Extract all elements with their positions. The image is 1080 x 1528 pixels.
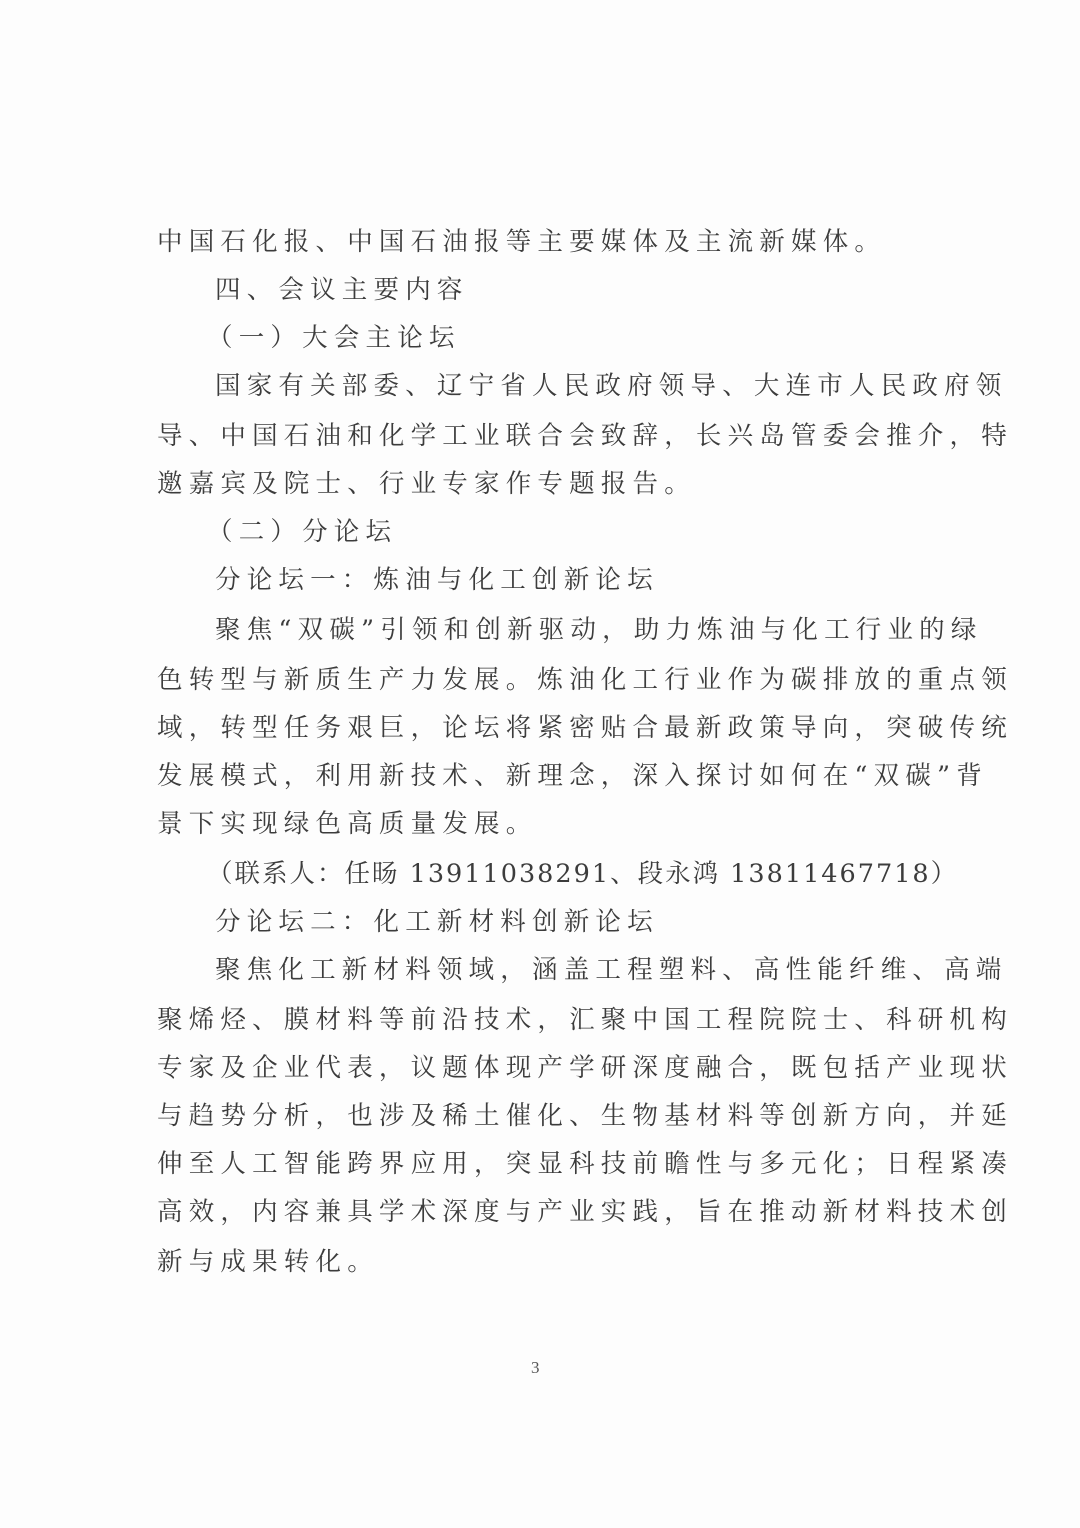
forum-title-refining: 分论坛一：炼油与化工创新论坛 — [215, 556, 985, 604]
body-text-line: 域，转型任务艰巨，论坛将紧密贴合最新政策导向，突破传统 — [157, 704, 927, 752]
body-text-line: 新与成果转化。 — [157, 1238, 927, 1286]
contact-info: （联系人：任旸 13911038291、段永鸿 13811467718） — [207, 850, 977, 898]
page-number: 3 — [531, 1358, 540, 1378]
body-text-line: 邀嘉宾及院士、行业专家作专题报告。 — [157, 460, 927, 508]
body-text-line: 聚焦化工新材料领域，涵盖工程塑料、高性能纤维、高端 — [215, 946, 985, 994]
forum-title-new-materials: 分论坛二：化工新材料创新论坛 — [215, 898, 985, 946]
body-text-line: 专家及企业代表，议题体现产学研深度融合，既包括产业现状 — [157, 1044, 927, 1092]
body-text-line: 聚焦“双碳”引领和创新驱动，助力炼油与化工行业的绿 — [215, 606, 985, 654]
body-text-line: 高效，内容兼具学术深度与产业实践，旨在推动新材料技术创 — [157, 1188, 927, 1236]
body-text-line: 发展模式，利用新技术、新理念，深入探讨如何在“双碳”背 — [157, 752, 927, 800]
body-text-line: 与趋势分析，也涉及稀土催化、生物基材料等创新方向，并延 — [157, 1092, 927, 1140]
body-text-line: 景下实现绿色高质量发展。 — [157, 800, 927, 848]
subsection-heading-sub-forums: （二）分论坛 — [207, 508, 977, 556]
body-text-line: 导、中国石油和化学工业联合会致辞，长兴岛管委会推介，特 — [157, 412, 927, 460]
body-text-line: 伸至人工智能跨界应用，突显科技前瞻性与多元化；日程紧凑 — [157, 1140, 927, 1188]
body-text-line: 色转型与新质生产力发展。炼油化工行业作为碳排放的重点领 — [157, 656, 927, 704]
body-text-line: 聚烯烃、膜材料等前沿技术，汇聚中国工程院院士、科研机构 — [157, 996, 927, 1044]
subsection-heading-main-forum: （一）大会主论坛 — [207, 314, 977, 362]
document-page: 中国石化报、中国石油报等主要媒体及主流新媒体。 四、会议主要内容 （一）大会主论… — [0, 0, 1080, 1528]
body-text-line: 中国石化报、中国石油报等主要媒体及主流新媒体。 — [157, 218, 927, 266]
section-heading-meeting-content: 四、会议主要内容 — [215, 266, 985, 314]
body-text-line: 国家有关部委、辽宁省人民政府领导、大连市人民政府领 — [215, 362, 985, 410]
